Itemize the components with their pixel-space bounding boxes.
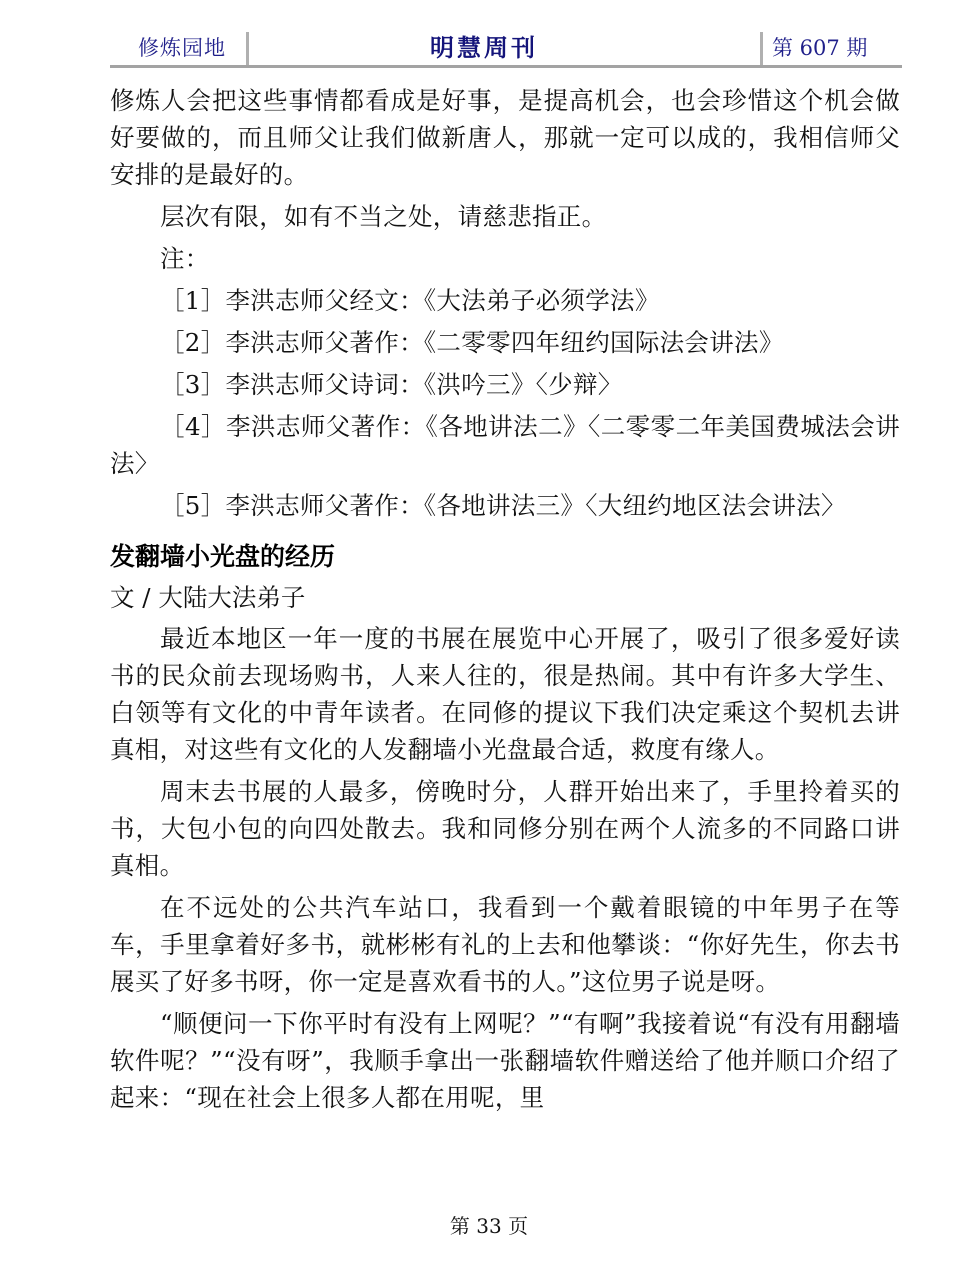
note-item: ［1］李洪志师父经文：《大法弟子必须学法》 bbox=[110, 282, 900, 319]
issue-number: 第 607 期 bbox=[772, 32, 867, 62]
article1-paragraph: 修炼人会把这些事情都看成是好事，是提高机会，也会珍惜这个机会做好要做的，而且师父… bbox=[110, 82, 900, 193]
notes-label: 注： bbox=[110, 240, 900, 277]
page-content: 修炼人会把这些事情都看成是好事，是提高机会，也会珍惜这个机会做好要做的，而且师父… bbox=[110, 82, 900, 1121]
note-item: ［2］李洪志师父著作：《二零零四年纽约国际法会讲法》 bbox=[110, 324, 900, 361]
article2-paragraph: 在不远处的公共汽车站口，我看到一个戴着眼镜的中年男子在等车，手里拿着好多书，就彬… bbox=[110, 889, 900, 1000]
header-rule bbox=[110, 65, 902, 68]
publication-title: 明慧周刊 bbox=[430, 28, 538, 63]
page-number: 第 33 页 bbox=[0, 1210, 978, 1239]
section-label: 修炼园地 bbox=[138, 32, 226, 62]
article2-paragraph: 最近本地区一年一度的书展在展览中心开展了，吸引了很多爱好读书的民众前去现场购书，… bbox=[110, 620, 900, 768]
header-divider-left bbox=[246, 32, 249, 68]
page-header: 修炼园地 明慧周刊 第 607 期 bbox=[110, 26, 902, 68]
note-item: ［4］李洪志师父著作：《各地讲法二》〈二零零二年美国费城法会讲法〉 bbox=[110, 408, 900, 482]
article2-paragraph: 周末去书展的人最多，傍晚时分，人群开始出来了，手里拎着买的书，大包小包的向四处散… bbox=[110, 773, 900, 884]
note-item: ［5］李洪志师父著作：《各地讲法三》〈大纽约地区法会讲法〉 bbox=[110, 487, 900, 524]
article2-byline: 文 / 大陆大法弟子 bbox=[110, 579, 900, 616]
header-divider-right bbox=[760, 32, 763, 68]
article2-title: 发翻墙小光盘的经历 bbox=[110, 538, 900, 575]
note-item: ［3］李洪志师父诗词：《洪吟三》〈少辩〉 bbox=[110, 366, 900, 403]
article2-paragraph: “顺便问一下你平时有没有上网呢？”“有啊”我接着说“有没有用翻墙软件呢？”“没有… bbox=[110, 1005, 900, 1116]
article1-closing: 层次有限，如有不当之处，请慈悲指正。 bbox=[110, 198, 900, 235]
